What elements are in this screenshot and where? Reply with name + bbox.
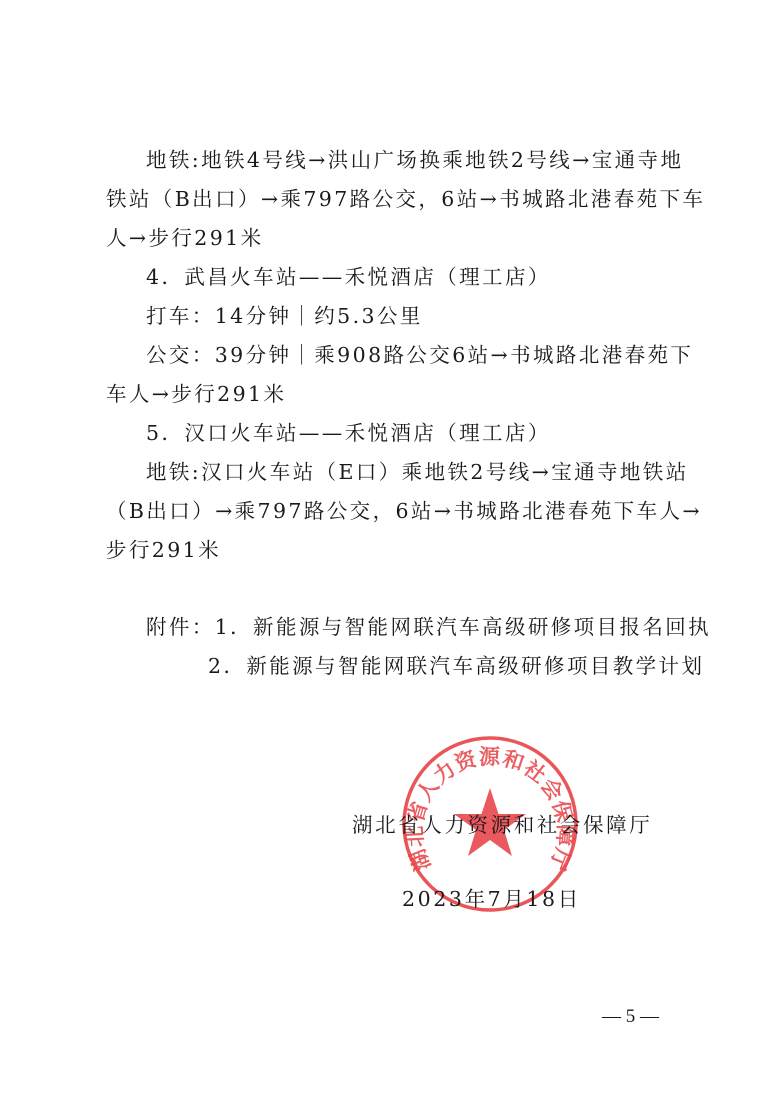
attachments-block: 附件：1．新能源与智能网联汽车高级研修项目报名回执 xyxy=(146,615,671,639)
document-page: 地铁:地铁4号线→洪山广场换乘地铁2号线→宝通寺地 铁站（B出口）→乘797路公… xyxy=(0,0,777,1097)
route3-subway-line1: 地铁:地铁4号线→洪山广场换乘地铁2号线→宝通寺地 xyxy=(146,148,711,172)
page-number: — 5 — xyxy=(602,1005,659,1029)
signing-organization: 湖北省人力资源和社会保障厅 xyxy=(352,813,652,837)
signing-date: 2023年7月18日 xyxy=(402,887,581,911)
attachments-label: 附件： xyxy=(146,615,215,639)
route4-bus-line1: 公交：39分钟｜乘908路公交6站→书城路北港春苑下 xyxy=(146,343,711,367)
attachment-item-1: 1．新能源与智能网联汽车高级研修项目报名回执 xyxy=(215,615,711,639)
route4-heading: 4．武昌火车站——禾悦酒店（理工店） xyxy=(146,265,711,289)
route5-subway-line2: （B出口）→乘797路公交，6站→书城路北港春苑下车人→ xyxy=(106,499,671,523)
route4-bus-line2: 车人→步行291米 xyxy=(106,382,671,406)
route4-taxi: 打车：14分钟｜约5.3公里 xyxy=(146,304,711,328)
route3-subway-line3: 人→步行291米 xyxy=(106,226,671,250)
route5-subway-line3: 步行291米 xyxy=(106,538,671,562)
route5-heading: 5．汉口火车站——禾悦酒店（理工店） xyxy=(146,421,711,445)
route3-subway-line2: 铁站（B出口）→乘797路公交，6站→书城路北港春苑下车 xyxy=(106,187,671,211)
attachment-item-2: 2．新能源与智能网联汽车高级研修项目教学计划 xyxy=(208,654,671,678)
route5-subway-line1: 地铁:汉口火车站（E口）乘地铁2号线→宝通寺地铁站 xyxy=(146,460,711,484)
